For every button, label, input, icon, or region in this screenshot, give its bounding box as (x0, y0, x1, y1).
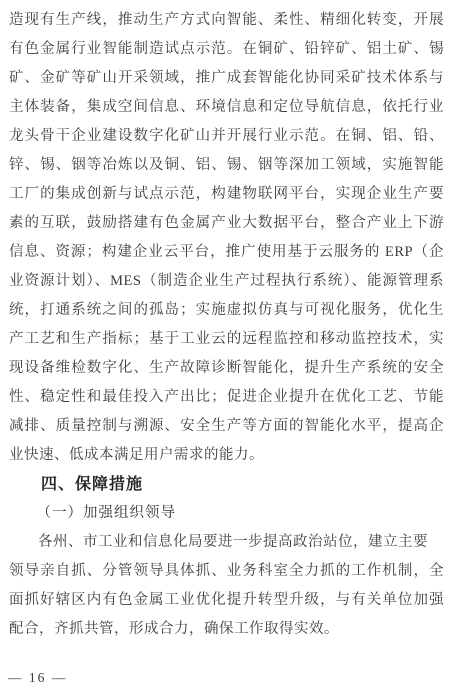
paragraph-line: 业快速、低成本满足用户需求的能力。 (9, 441, 444, 470)
paragraph-line: 性、稳定性和最佳投入产出比；促进企业提升在优化工艺、节能 (9, 383, 444, 412)
paragraph-line: 业资源计划）、MES（制造企业生产过程执行系统）、能源管理系 (9, 267, 444, 296)
paragraph-line: 造现有生产线，推动生产方式向智能、柔性、精细化转变，开展 (9, 6, 444, 35)
paragraph-line: 领导亲自抓、分管领导具体抓、业务科室全力抓的工作机制，全 (9, 557, 444, 586)
paragraph-line: 现设备维检数字化、生产故障诊断智能化，提升生产系统的安全 (9, 354, 444, 383)
paragraph-line: 锌、锡、铟等冶炼以及铜、铝、锡、铟等深加工领域，实施智能 (9, 151, 444, 180)
paragraph-line: 龙头骨干企业建设数字化矿山并开展行业示范。在铜、铝、铅、 (9, 122, 444, 151)
section-heading: 四、保障措施 (9, 470, 444, 499)
subsection-heading: （一）加强组织领导 (9, 499, 444, 528)
paragraph-line: 信息、资源；构建企业云平台，推广使用基于云服务的 ERP（企 (9, 238, 444, 267)
document-body: 造现有生产线，推动生产方式向智能、柔性、精细化转变，开展 有色金属行业智能制造试… (9, 6, 444, 644)
paragraph-line: 矿、金矿等矿山开采领域，推广成套智能化协同采矿技术体系与 (9, 64, 444, 93)
paragraph-line: 主体装备，集成空间信息、环境信息和定位导航信息，依托行业 (9, 93, 444, 122)
page-number: — 16 — (8, 670, 67, 686)
paragraph-line: 各州、市工业和信息化局要进一步提高政治站位，建立主要 (9, 528, 444, 557)
paragraph-line: 素的互联，鼓励搭建有色金属产业大数据平台，整合产业上下游 (9, 209, 444, 238)
paragraph-line: 面抓好辖区内有色金属工业优化提升转型升级，与有关单位加强 (9, 586, 444, 615)
paragraph-line: 有色金属行业智能制造试点示范。在铜矿、铅锌矿、铝土矿、锡 (9, 35, 444, 64)
document-page: 造现有生产线，推动生产方式向智能、柔性、精细化转变，开展 有色金属行业智能制造试… (0, 0, 452, 695)
paragraph-line: 统，打通系统之间的孤岛；实施虚拟仿真与可视化服务，优化生 (9, 296, 444, 325)
paragraph-line: 工厂的集成创新与试点示范，构建物联网平台，实现企业生产要 (9, 180, 444, 209)
paragraph-line: 配合，齐抓共管，形成合力，确保工作取得实效。 (9, 615, 444, 644)
paragraph-line: 产工艺和生产指标；基于工业云的远程监控和移动监控技术，实 (9, 325, 444, 354)
paragraph-line: 减排、质量控制与溯源、安全生产等方面的智能化水平，提高企 (9, 412, 444, 441)
